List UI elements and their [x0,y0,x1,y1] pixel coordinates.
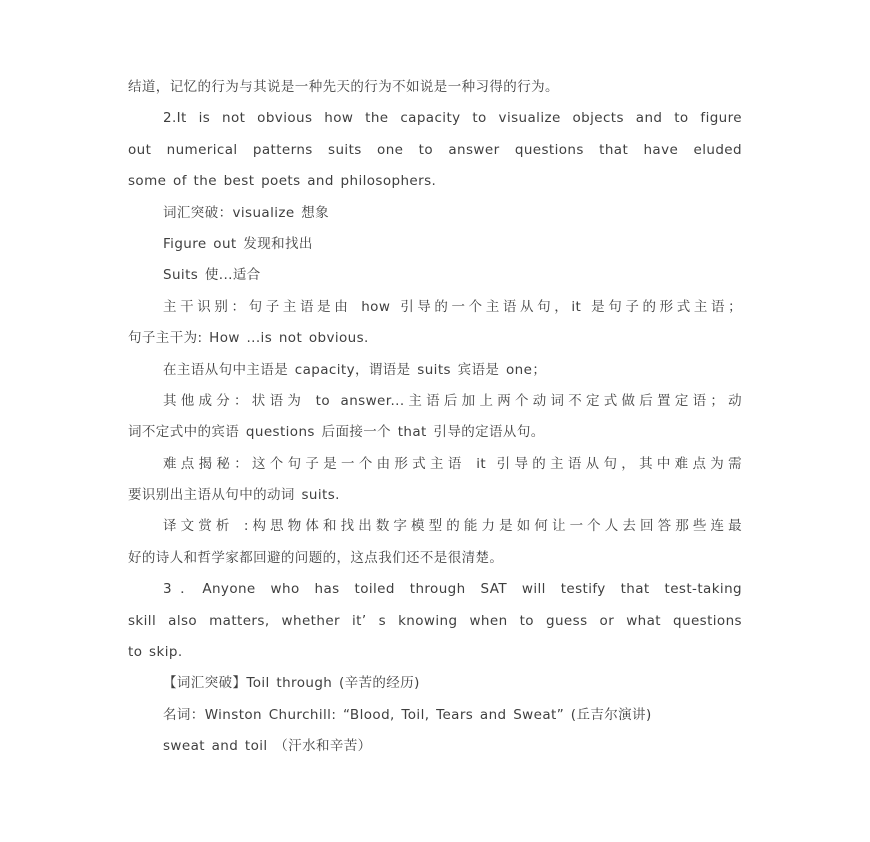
text-line: 2.It is not obvious how the capacity to … [128,103,742,134]
text-line: out numerical patterns suits one to answ… [128,135,742,166]
text-line: 其他成分：状语为 to answer...主语后加上两个动词不定式做后置定语；动 [128,386,742,417]
text-line: 在主语从句中主语是 capacity，谓语是 suits 宾语是 one； [128,355,742,386]
text-line: sweat and toil （汗水和辛苦） [128,731,742,762]
document-page: 结道，记忆的行为与其说是一种先天的行为不如说是一种习得的行为。2.It is n… [0,0,870,842]
text-line: some of the best poets and philosophers. [128,166,742,197]
text-line: 好的诗人和哲学家都回避的问题的，这点我们还不是很清楚。 [128,543,742,574]
text-line: skill also matters, whether it’ s knowin… [128,606,742,637]
text-line: 【词汇突破】Toil through (辛苦的经历) [128,668,742,699]
text-line: 难点揭秘：这个句子是一个由形式主语 it 引导的主语从句，其中难点为需 [128,449,742,480]
text-line: 词不定式中的宾语 questions 后面接一个 that 引导的定语从句。 [128,417,742,448]
text-line: 主干识别：句子主语是由 how 引导的一个主语从句，it 是句子的形式主语； [128,292,742,323]
text-line: 要识别出主语从句中的动词 suits. [128,480,742,511]
text-line: 句子主干为: How ...is not obvious. [128,323,742,354]
text-line: to skip. [128,637,742,668]
text-line: 译文赏析 :构思物体和找出数字模型的能力是如何让一个人去回答那些连最 [128,511,742,542]
text-line: Suits 使...适合 [128,260,742,291]
text-line: 名词：Winston Churchill: “Blood, Toil, Tear… [128,700,742,731]
text-line: Figure out 发现和找出 [128,229,742,260]
document-content: 结道，记忆的行为与其说是一种先天的行为不如说是一种习得的行为。2.It is n… [128,72,742,763]
text-line: 结道，记忆的行为与其说是一种先天的行为不如说是一种习得的行为。 [128,72,742,103]
text-line: 词汇突破：visualize 想象 [128,198,742,229]
text-line: 3．Anyone who has toiled through SAT will… [128,574,742,605]
